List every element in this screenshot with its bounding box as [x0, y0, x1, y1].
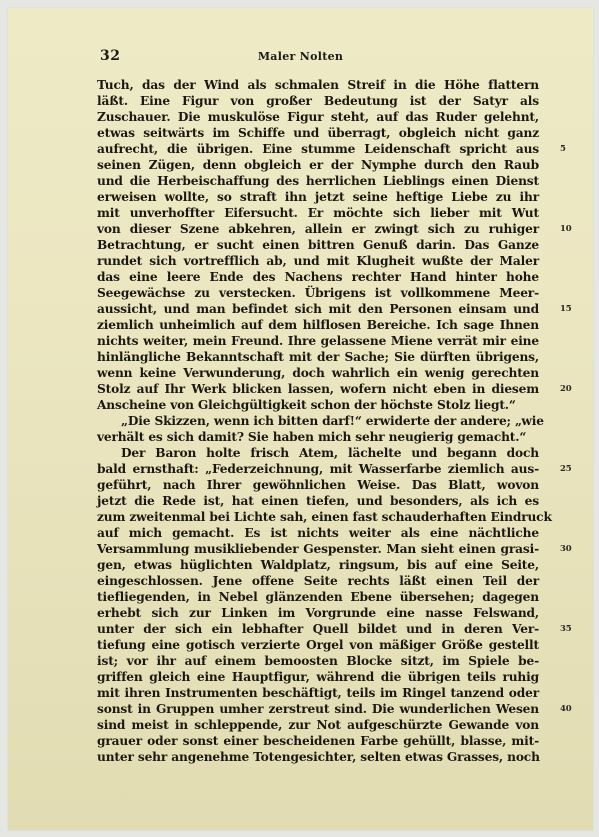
- line-text: Betrachtung, er sucht einen bittren Genu…: [97, 238, 539, 252]
- line-text: nichts weiter, mein Freund. Ihre gelasse…: [97, 334, 539, 348]
- line-text: griffen gleich eine Hauptfigur, während …: [97, 670, 539, 684]
- line-text: „Die Skizzen, wenn ich bitten darf!“ erw…: [121, 414, 544, 428]
- line-text: etwas seitwärts im Schiffe und überragt,…: [97, 126, 539, 140]
- line-text: Versammlung musikliebender Gespenster. M…: [97, 542, 539, 556]
- text-line: geführt, nach Ihrer gewöhnlichen Weise. …: [97, 477, 539, 493]
- text-line: hinlängliche Bekanntschaft mit der Sache…: [97, 349, 539, 365]
- text-line: aufrecht, die übrigen. Eine stumme Leide…: [97, 141, 539, 157]
- text-line: Stolz auf Ihr Werk blicken lassen, wofer…: [97, 381, 539, 397]
- text-line: mit ihren Instrumenten beschäftigt, teil…: [97, 685, 539, 701]
- text-line: Zuschauer. Die muskulöse Figur steht, au…: [97, 109, 539, 125]
- line-text: wenn keine Verwunderung, doch wahrlich e…: [97, 366, 539, 380]
- line-text: aussicht, und man befindet sich mit den …: [97, 302, 539, 316]
- line-text: läßt. Eine Figur von großer Bedeutung is…: [97, 94, 539, 108]
- line-text: aufrecht, die übrigen. Eine stumme Leide…: [97, 142, 539, 156]
- line-text: das eine leere Ende des Nachens rechter …: [97, 270, 539, 284]
- line-text: Stolz auf Ihr Werk blicken lassen, wofer…: [97, 382, 539, 396]
- text-line: gen, etwas hüglichten Waldplatz, ringsum…: [97, 557, 539, 573]
- line-number: 5: [560, 141, 566, 157]
- line-text: von dieser Szene abkehren, allein er zwi…: [97, 222, 539, 236]
- line-text: seinen Zügen, denn obgleich er der Nymph…: [97, 158, 539, 172]
- line-text: grauer oder sonst einer bescheidenen Far…: [97, 734, 539, 748]
- text-line: sind meist in schleppende, zur Not aufge…: [97, 717, 539, 733]
- line-number: 20: [560, 381, 572, 397]
- text-line: bald ernsthaft: „Federzeichnung, mit Was…: [97, 461, 539, 477]
- text-line: zum zweitenmal bei Lichte sah, einen fas…: [97, 509, 539, 525]
- text-line: tiefung eine gotisch verzierte Orgel von…: [97, 637, 539, 653]
- text-line: grauer oder sonst einer bescheidenen Far…: [97, 733, 539, 749]
- text-line: Tuch, das der Wind als schmalen Streif i…: [97, 77, 539, 93]
- line-text: unter sehr angenehme Totengesichter, sel…: [97, 750, 540, 764]
- text-line: das eine leere Ende des Nachens rechter …: [97, 269, 539, 285]
- line-text: unter der sich ein lebhafter Quell bilde…: [97, 622, 539, 636]
- text-line: nichts weiter, mein Freund. Ihre gelasse…: [97, 333, 539, 349]
- text-line: Versammlung musikliebender Gespenster. M…: [97, 541, 539, 557]
- line-number: 30: [560, 541, 572, 557]
- text-line: ist; vor ihr auf einem bemoosten Blocke …: [97, 653, 539, 669]
- line-text: tiefliegenden, in Nebel glänzenden Ebene…: [97, 590, 539, 604]
- text-line: Betrachtung, er sucht einen bittren Genu…: [97, 237, 539, 253]
- line-text: gen, etwas hüglichten Waldplatz, ringsum…: [97, 558, 539, 572]
- line-text: bald ernsthaft: „Federzeichnung, mit Was…: [97, 462, 539, 476]
- text-line: Der Baron holte frisch Atem, lächelte un…: [97, 445, 539, 461]
- line-text: erweisen wollte, so straft ihn jetzt sei…: [97, 190, 539, 204]
- text-line: Anscheine von Gleichgültigkeit schon der…: [97, 397, 539, 413]
- line-text: erhebt sich zur Linken im Vorgrunde eine…: [97, 606, 539, 620]
- line-number: 15: [560, 301, 572, 317]
- text-line: sonst in Gruppen umher zerstreut sind. D…: [97, 701, 539, 717]
- line-number: 40: [560, 701, 572, 717]
- text-line: „Die Skizzen, wenn ich bitten darf!“ erw…: [97, 413, 539, 429]
- line-text: geführt, nach Ihrer gewöhnlichen Weise. …: [97, 478, 539, 492]
- text-line: tiefliegenden, in Nebel glänzenden Ebene…: [97, 589, 539, 605]
- text-line: ziemlich unheimlich auf dem hilflosen Be…: [97, 317, 539, 333]
- text-line: verhält es sich damit? Sie haben mich se…: [97, 429, 539, 445]
- body-text: Tuch, das der Wind als schmalen Streif i…: [97, 77, 539, 765]
- text-line: auf mich gemacht. Es ist nichts weiter a…: [97, 525, 539, 541]
- text-line: unter der sich ein lebhafter Quell bilde…: [97, 621, 539, 637]
- text-line: rundet sich vortrefflich ab, und mit Klu…: [97, 253, 539, 269]
- line-number: 25: [560, 461, 572, 477]
- line-text: jetzt die Rede ist, hat einen tiefen, un…: [97, 494, 539, 508]
- text-line: läßt. Eine Figur von großer Bedeutung is…: [97, 93, 539, 109]
- line-text: mit unverhoffter Eifersucht. Er möchte s…: [97, 206, 539, 220]
- text-line: von dieser Szene abkehren, allein er zwi…: [97, 221, 539, 237]
- line-number: 35: [560, 621, 572, 637]
- text-line: jetzt die Rede ist, hat einen tiefen, un…: [97, 493, 539, 509]
- text-line: aussicht, und man befindet sich mit den …: [97, 301, 539, 317]
- line-text: Der Baron holte frisch Atem, lächelte un…: [121, 446, 539, 460]
- line-text: rundet sich vortrefflich ab, und mit Klu…: [97, 254, 539, 268]
- text-line: griffen gleich eine Hauptfigur, während …: [97, 669, 539, 685]
- running-title: Maler Nolten: [8, 50, 593, 63]
- text-line: wenn keine Verwunderung, doch wahrlich e…: [97, 365, 539, 381]
- text-line: seinen Zügen, denn obgleich er der Nymph…: [97, 157, 539, 173]
- page-header: 32 Maler Nolten: [8, 48, 593, 68]
- line-text: ziemlich unheimlich auf dem hilflosen Be…: [97, 318, 539, 332]
- line-text: und die Herbeischaffung des herrlichen L…: [97, 174, 539, 188]
- text-line: etwas seitwärts im Schiffe und überragt,…: [97, 125, 539, 141]
- line-text: hinlängliche Bekanntschaft mit der Sache…: [97, 350, 539, 364]
- text-line: Seegewächse zu verstecken. Übrigens ist …: [97, 285, 539, 301]
- line-text: verhält es sich damit? Sie haben mich se…: [97, 430, 526, 444]
- line-text: sonst in Gruppen umher zerstreut sind. D…: [97, 702, 539, 716]
- line-text: sind meist in schleppende, zur Not aufge…: [97, 718, 539, 732]
- text-line: unter sehr angenehme Totengesichter, sel…: [97, 749, 539, 765]
- line-text: ist; vor ihr auf einem bemoosten Blocke …: [97, 654, 539, 668]
- book-page: 32 Maler Nolten Tuch, das der Wind als s…: [8, 8, 593, 830]
- text-line: erweisen wollte, so straft ihn jetzt sei…: [97, 189, 539, 205]
- line-text: eingeschlossen. Jene offene Seite rechts…: [97, 574, 539, 588]
- line-text: mit ihren Instrumenten beschäftigt, teil…: [97, 686, 539, 700]
- line-text: auf mich gemacht. Es ist nichts weiter a…: [97, 526, 539, 540]
- text-line: und die Herbeischaffung des herrlichen L…: [97, 173, 539, 189]
- line-text: Seegewächse zu verstecken. Übrigens ist …: [97, 286, 539, 300]
- text-line: eingeschlossen. Jene offene Seite rechts…: [97, 573, 539, 589]
- line-text: Zuschauer. Die muskulöse Figur steht, au…: [97, 110, 539, 124]
- text-line: mit unverhoffter Eifersucht. Er möchte s…: [97, 205, 539, 221]
- line-text: Tuch, das der Wind als schmalen Streif i…: [97, 78, 539, 92]
- text-line: erhebt sich zur Linken im Vorgrunde eine…: [97, 605, 539, 621]
- line-text: tiefung eine gotisch verzierte Orgel von…: [97, 638, 539, 652]
- line-text: Anscheine von Gleichgültigkeit schon der…: [97, 398, 516, 412]
- line-text: zum zweitenmal bei Lichte sah, einen fas…: [97, 510, 552, 524]
- line-number: 10: [560, 221, 572, 237]
